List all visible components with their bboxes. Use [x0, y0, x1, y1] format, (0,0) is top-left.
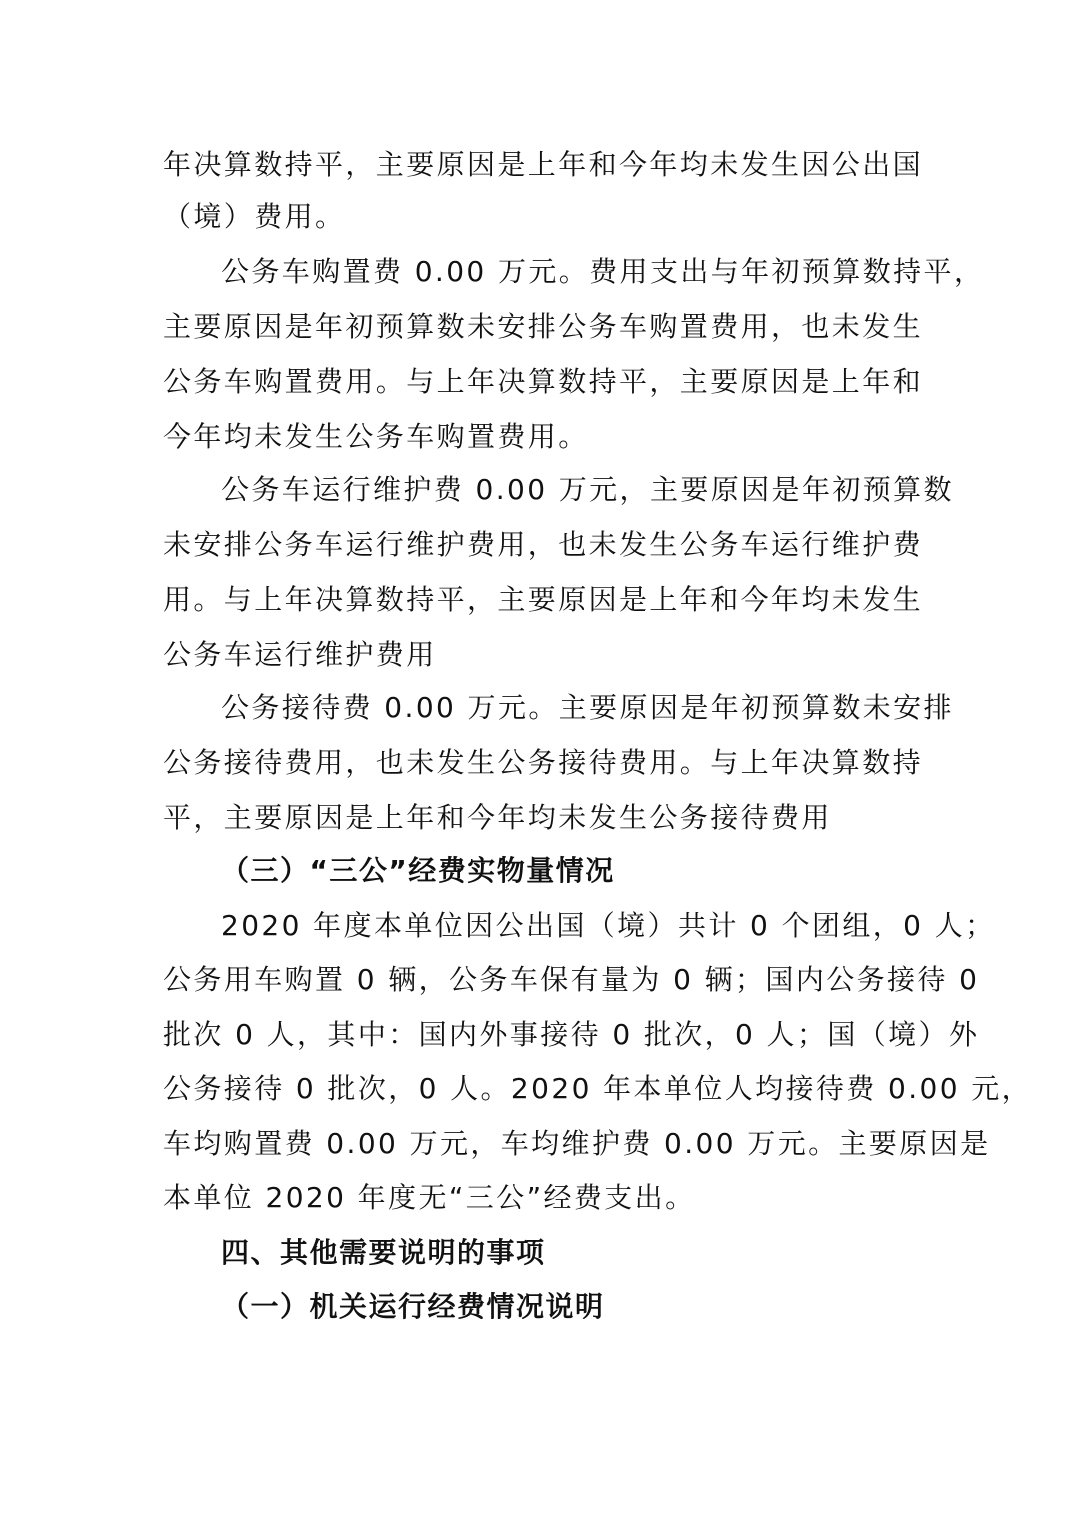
paragraph-line-reception: 公务接待费 0.00 万元。主要原因是年初预算数未安排 [221, 688, 954, 728]
paragraph-line: 公务车运行维护费用 [163, 635, 437, 675]
paragraph-line: 车均购置费 0.00 万元，车均维护费 0.00 万元。主要原因是 [163, 1124, 991, 1164]
paragraph-line: 本单位 2020 年度无“三公”经费支出。 [163, 1178, 695, 1218]
paragraph-line-car-purchase: 公务车购置费 0.00 万元。费用支出与年初预算数持平， [221, 252, 984, 292]
paragraph-line: 公务接待 0 批次，0 人。2020 年本单位人均接待费 0.00 元， [163, 1069, 1032, 1109]
paragraph-line: 今年均未发生公务车购置费用。 [163, 417, 589, 457]
paragraph-line-car-maintenance: 公务车运行维护费 0.00 万元，主要原因是年初预算数 [221, 470, 954, 510]
paragraph-line: 年决算数持平，主要原因是上年和今年均未发生因公出国 [163, 145, 923, 185]
paragraph-line: 公务车购置费用。与上年决算数持平，主要原因是上年和 [163, 362, 923, 402]
paragraph-line: 未安排公务车运行维护费用，也未发生公务车运行维护费 [163, 525, 923, 565]
paragraph-line: （境）费用。 [163, 197, 345, 237]
paragraph-line: 公务接待费用，也未发生公务接待费用。与上年决算数持 [163, 743, 923, 783]
paragraph-line: 主要原因是年初预算数未安排公务车购置费用，也未发生 [163, 307, 923, 347]
document-page: 年决算数持平，主要原因是上年和今年均未发生因公出国 （境）费用。 公务车购置费 … [0, 0, 1074, 1520]
paragraph-line-quantity: 2020 年度本单位因公出国（境）共计 0 个团组，0 人； [221, 906, 996, 946]
section-heading-physical-quantity: （三）“三公”经费实物量情况 [221, 851, 615, 891]
paragraph-line: 用。与上年决算数持平，主要原因是上年和今年均未发生 [163, 580, 923, 620]
subsection-heading-operating-expenses: （一）机关运行经费情况说明 [221, 1287, 605, 1327]
section-heading-other-matters: 四、其他需要说明的事项 [221, 1233, 546, 1273]
paragraph-line: 平，主要原因是上年和今年均未发生公务接待费用 [163, 798, 832, 838]
paragraph-line: 公务用车购置 0 辆，公务车保有量为 0 辆；国内公务接待 0 [163, 960, 979, 1000]
paragraph-line: 批次 0 人，其中：国内外事接待 0 批次，0 人；国（境）外 [163, 1015, 979, 1055]
